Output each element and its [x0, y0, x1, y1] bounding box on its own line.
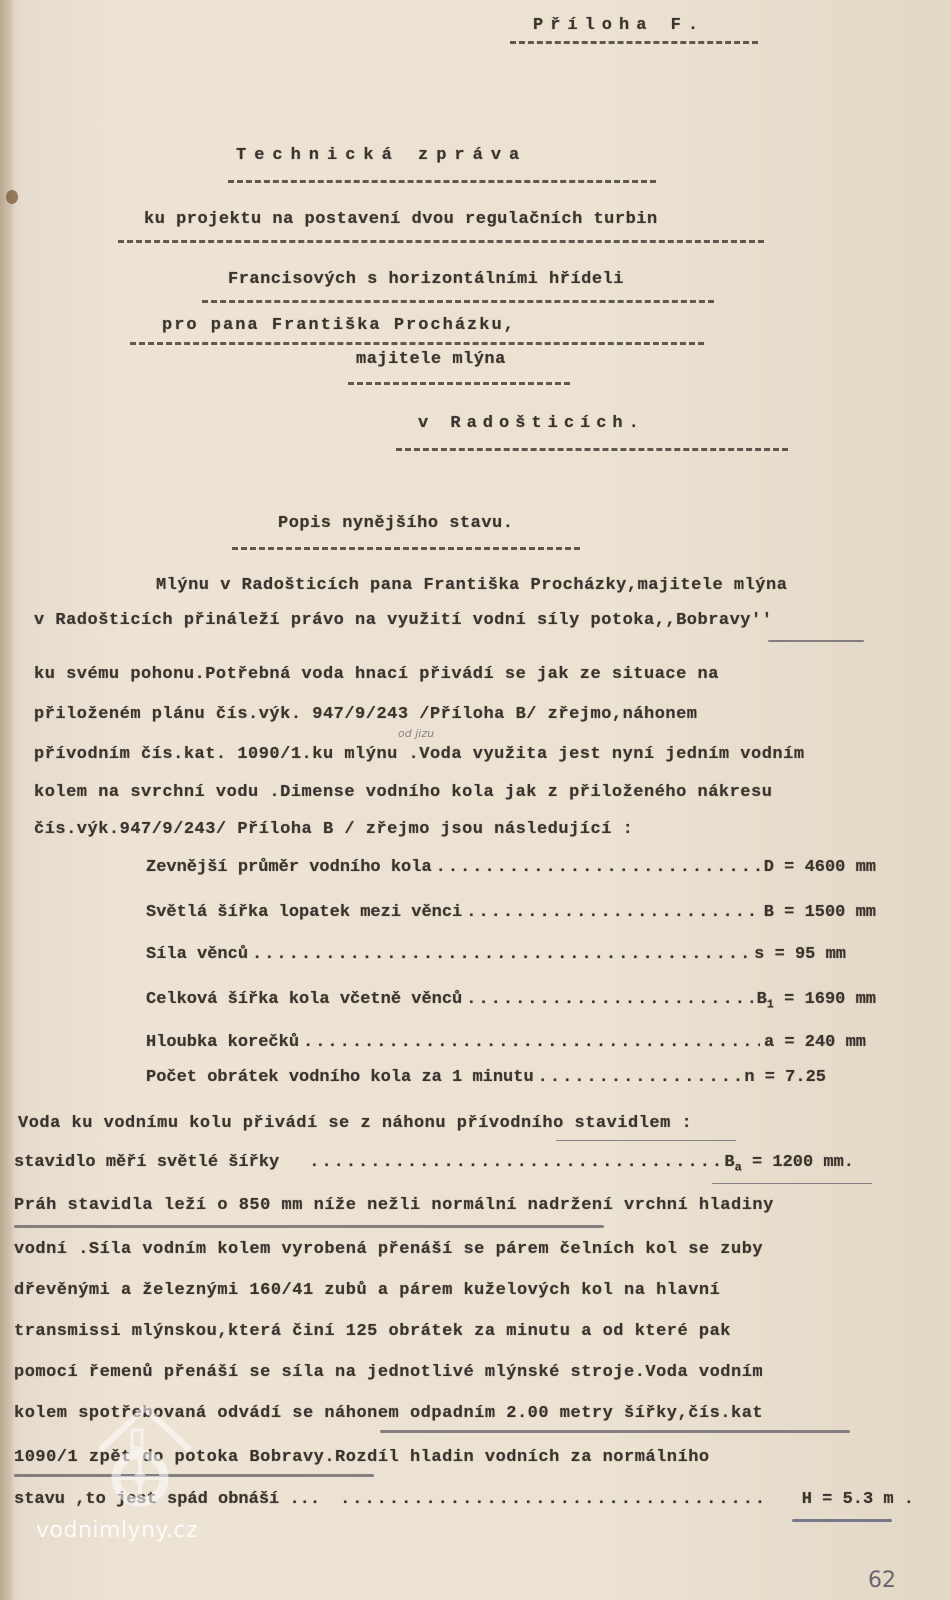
title-line-4: pro pana Františka Procházku,: [162, 316, 516, 335]
body-line-6: transmissi mlýnskou,která činí 125 obrát…: [14, 1322, 731, 1341]
dimension-value: = 1500 mm: [784, 903, 876, 922]
watermark-text: vodnimlyny.cz: [36, 1518, 198, 1543]
dimension-label: Hloubka korečků: [146, 1033, 299, 1052]
title-underline-1: [228, 180, 656, 183]
dimension-label: Síla věnců: [146, 945, 248, 964]
title-underline-4: [130, 342, 704, 345]
pencil-underline: [768, 640, 864, 642]
stavidlo-row: stavidlo měří světlé šířky Ba = 1200 mm.: [14, 1153, 854, 1174]
intro-line-6: kolem na svrchní vodu .Dimense vodního k…: [34, 783, 772, 802]
annex-underline: [510, 41, 758, 44]
intro-line-4: přiloženém plánu čís.výk. 947/9/243 /Pří…: [34, 705, 698, 724]
dimension-row: Celková šířka kola včetně věnců B1 = 169…: [146, 990, 876, 1011]
title-line-3: Francisových s horizontálními hřídeli: [228, 270, 624, 289]
body-line-1: Voda ku vodnímu kolu přivádí se z náhonu…: [18, 1114, 692, 1133]
title-line-5: majitele mlýna: [356, 350, 506, 369]
dimension-label: Počet obrátek vodního kola za 1 minutu: [146, 1068, 534, 1087]
dimension-row: Zevnější průměr vodního kola D = 4600 mm: [146, 858, 876, 877]
dimension-label: Zevnější průměr vodního kola: [146, 858, 432, 877]
title-underline-3: [202, 300, 714, 303]
pencil-underline: [380, 1430, 850, 1433]
leader-dots: [466, 903, 760, 922]
pencil-note: od jizu: [398, 727, 434, 740]
leader-dots: [252, 945, 750, 964]
title-line-6: v Radošticích.: [418, 414, 645, 433]
head-value: = 5.3 m .: [822, 1490, 914, 1509]
dimension-symbol: B: [764, 903, 774, 922]
dimension-label: Celková šířka kola včetně věnců: [146, 990, 462, 1009]
body-line-7: pomocí řemenů přenáší se síla na jednotl…: [14, 1363, 763, 1382]
dimension-symbol: n: [744, 1068, 754, 1087]
pencil-underline: [712, 1183, 872, 1184]
title-underline-6: [396, 448, 788, 451]
dimension-row: Počet obrátek vodního kola za 1 minutu n…: [146, 1068, 826, 1087]
intro-line-3: ku svému pohonu.Potřebná voda hnací přiv…: [34, 665, 719, 684]
leader-dots: [436, 858, 760, 877]
dimension-value: = 95 mm: [775, 945, 846, 964]
dimension-symbol: B1: [757, 990, 774, 1009]
watermill-logo-icon: [90, 1400, 200, 1510]
dimension-value: = 240 mm: [784, 1033, 866, 1052]
page-number: 62: [868, 1568, 896, 1593]
document-page: Příloha F. Technická zpráva ku projektu …: [0, 0, 951, 1600]
dimension-value: = 7.25: [765, 1068, 826, 1087]
body-line-3: Práh stavidla leží o 850 mm níže nežli n…: [14, 1196, 774, 1215]
title-underline-2: [118, 240, 764, 243]
intro-line-2: v Radošticích přináleží právo na využití…: [34, 611, 772, 630]
dimension-symbol: a: [764, 1033, 774, 1052]
dimension-symbol: s: [754, 945, 764, 964]
body-line-4: vodní .Síla vodním kolem vyrobená přenáš…: [14, 1240, 763, 1259]
dimension-row: Síla věnců s = 95 mm: [146, 945, 846, 964]
leader-dots: [466, 990, 752, 1009]
stavidlo-value: = 1200 mm.: [752, 1153, 854, 1172]
dimension-row: Světlá šířka lopatek mezi věnci B = 1500…: [146, 903, 876, 922]
stavidlo-symbol: Ba: [724, 1153, 741, 1172]
pencil-underline: [792, 1519, 892, 1522]
dimension-row: Hloubka korečků a = 240 mm: [146, 1033, 866, 1052]
dimension-symbol: D: [764, 858, 774, 877]
annex-label: Příloha F.: [533, 16, 705, 35]
dimension-label: Světlá šířka lopatek mezi věnci: [146, 903, 462, 922]
title-line-2: ku projektu na postavení dvou regulačníc…: [144, 210, 658, 229]
head-symbol: H: [802, 1490, 812, 1509]
title-underline-5: [348, 382, 570, 385]
dimension-value: = 4600 mm: [784, 858, 876, 877]
pencil-underline: [14, 1225, 604, 1228]
leader-dots: [303, 1033, 760, 1052]
leader-dots: [340, 1490, 762, 1509]
dimension-value: = 1690 mm: [784, 990, 876, 1009]
intro-line-7: čís.výk.947/9/243/ Příloha B / zřejmo js…: [34, 820, 633, 839]
intro-line-5: přívodním čís.kat. 1090/1.ku mlýnu .Voda…: [34, 745, 805, 764]
leader-dots: [309, 1153, 720, 1172]
section-heading-underline: [232, 547, 580, 550]
leader-dots: [538, 1068, 741, 1087]
section-heading: Popis nynějšího stavu.: [278, 514, 513, 533]
title-line-1: Technická zpráva: [236, 146, 527, 165]
pencil-underline: [556, 1140, 736, 1141]
body-line-2: stavidlo měří světlé šířky: [14, 1153, 279, 1172]
intro-line-1: Mlýnu v Radošticích pana Františka Proch…: [156, 576, 787, 595]
body-line-5: dřevěnými a železnými 160/41 zubů a páre…: [14, 1281, 720, 1300]
